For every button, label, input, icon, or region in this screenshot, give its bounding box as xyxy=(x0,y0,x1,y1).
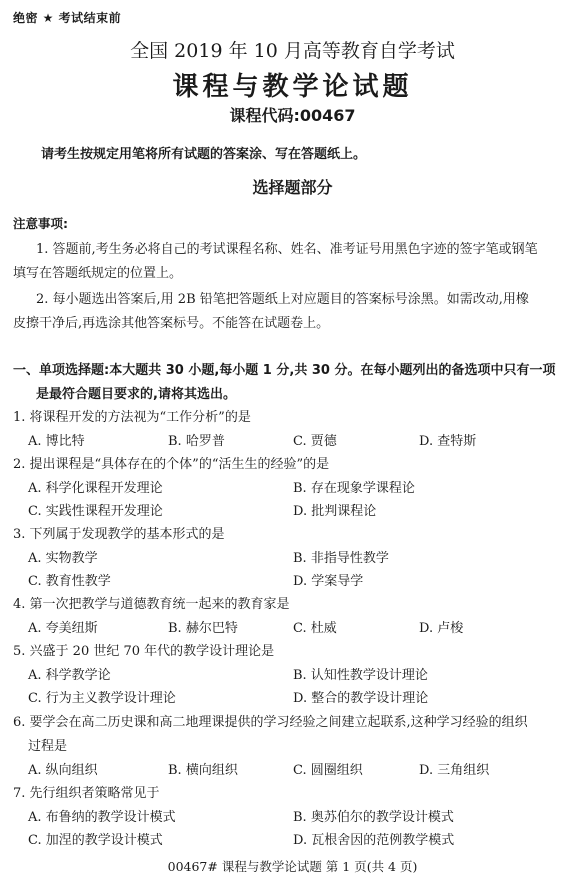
question-4-option-c: C. 杜威 xyxy=(293,617,337,636)
page-footer: 00467# 课程与教学论试题 第 1 页(共 4 页) xyxy=(0,857,585,875)
question-3-stem: 3. 下列属于发现教学的基本形式的是 xyxy=(13,523,225,542)
question-7-option-b: B. 奥苏伯尔的教学设计模式 xyxy=(293,806,454,825)
question-3-option-c: C. 教育性教学 xyxy=(28,570,111,589)
question-1-option-c: C. 贾德 xyxy=(293,430,337,449)
secret-mark: 绝密 ★ 考试结束前 xyxy=(13,9,121,26)
question-2-stem: 2. 提出课程是“具体存在的个体”的“活生生的经验”的是 xyxy=(13,453,329,472)
question-3-option-b: B. 非指导性教学 xyxy=(293,547,389,566)
exam-title: 全国 2019 年 10 月高等教育自学考试 xyxy=(0,36,585,63)
question-6-option-b: B. 横向组织 xyxy=(168,759,238,778)
section-heading-line-1: 一、单项选择题:本大题共 30 小题,每小题 1 分,共 30 分。在每小题列出… xyxy=(13,359,555,378)
question-4-option-b: B. 赫尔巴特 xyxy=(168,617,238,636)
answer-instruction: 请考生按规定用笔将所有试题的答案涂、写在答题纸上。 xyxy=(41,143,366,162)
question-6-stem-continued: 过程是 xyxy=(28,735,67,754)
question-1-option-b: B. 哈罗普 xyxy=(168,430,225,449)
question-2-option-b: B. 存在现象学课程论 xyxy=(293,477,415,496)
course-code: 课程代码:00467 xyxy=(0,103,585,126)
question-1-option-d: D. 查特斯 xyxy=(419,430,476,449)
question-2-option-a: A. 科学化课程开发理论 xyxy=(28,477,163,496)
note-2-line-2: 皮擦干净后,再选涂其他答案标号。不能答在试题卷上。 xyxy=(13,312,329,331)
question-7-stem: 7. 先行组织者策略常见于 xyxy=(13,782,160,801)
note-1-line-2: 填写在答题纸规定的位置上。 xyxy=(13,262,182,281)
question-6-option-c: C. 圆圈组织 xyxy=(293,759,363,778)
subject-title: 课程与教学论试题 xyxy=(0,66,585,103)
question-6-stem: 6. 要学会在高二历史课和高二地理课提供的学习经验之间建立起联系,这种学习经验的… xyxy=(13,711,528,730)
question-7-option-d: D. 瓦根舍因的范例教学模式 xyxy=(293,829,454,848)
question-7-option-c: C. 加涅的教学设计模式 xyxy=(28,829,163,848)
question-3-option-a: A. 实物教学 xyxy=(28,547,98,566)
note-1-line-1: 1. 答题前,考生务必将自己的考试课程名称、姓名、准考证号用黑色字迹的签字笔或钢… xyxy=(36,238,538,257)
question-6-option-d: D. 三角组织 xyxy=(419,759,489,778)
question-4-stem: 4. 第一次把教学与道德教育统一起来的教育家是 xyxy=(13,593,290,612)
question-2-option-d: D. 批判课程论 xyxy=(293,500,376,519)
notes-heading: 注意事项: xyxy=(13,214,68,232)
question-1-option-a: A. 博比特 xyxy=(28,430,85,449)
question-6-option-a: A. 纵向组织 xyxy=(28,759,98,778)
question-2-option-c: C. 实践性课程开发理论 xyxy=(28,500,163,519)
question-4-option-a: A. 夸美纽斯 xyxy=(28,617,98,636)
question-5-option-c: C. 行为主义教学设计理论 xyxy=(28,687,176,706)
question-5-option-b: B. 认知性教学设计理论 xyxy=(293,664,428,683)
note-2-line-1: 2. 每小题选出答案后,用 2B 铅笔把答题纸上对应题目的答案标号涂黑。如需改动… xyxy=(36,288,529,307)
question-5-option-a: A. 科学教学论 xyxy=(28,664,111,683)
question-4-option-d: D. 卢梭 xyxy=(419,617,463,636)
question-1-stem: 1. 将课程开发的方法视为“工作分析”的是 xyxy=(13,406,251,425)
question-5-option-d: D. 整合的教学设计理论 xyxy=(293,687,428,706)
question-7-option-a: A. 布鲁纳的教学设计模式 xyxy=(28,806,176,825)
part-title: 选择题部分 xyxy=(0,175,585,198)
question-5-stem: 5. 兴盛于 20 世纪 70 年代的教学设计理论是 xyxy=(13,640,274,659)
question-3-option-d: D. 学案导学 xyxy=(293,570,363,589)
section-heading-line-2: 是最符合题目要求的,请将其选出。 xyxy=(36,383,236,402)
